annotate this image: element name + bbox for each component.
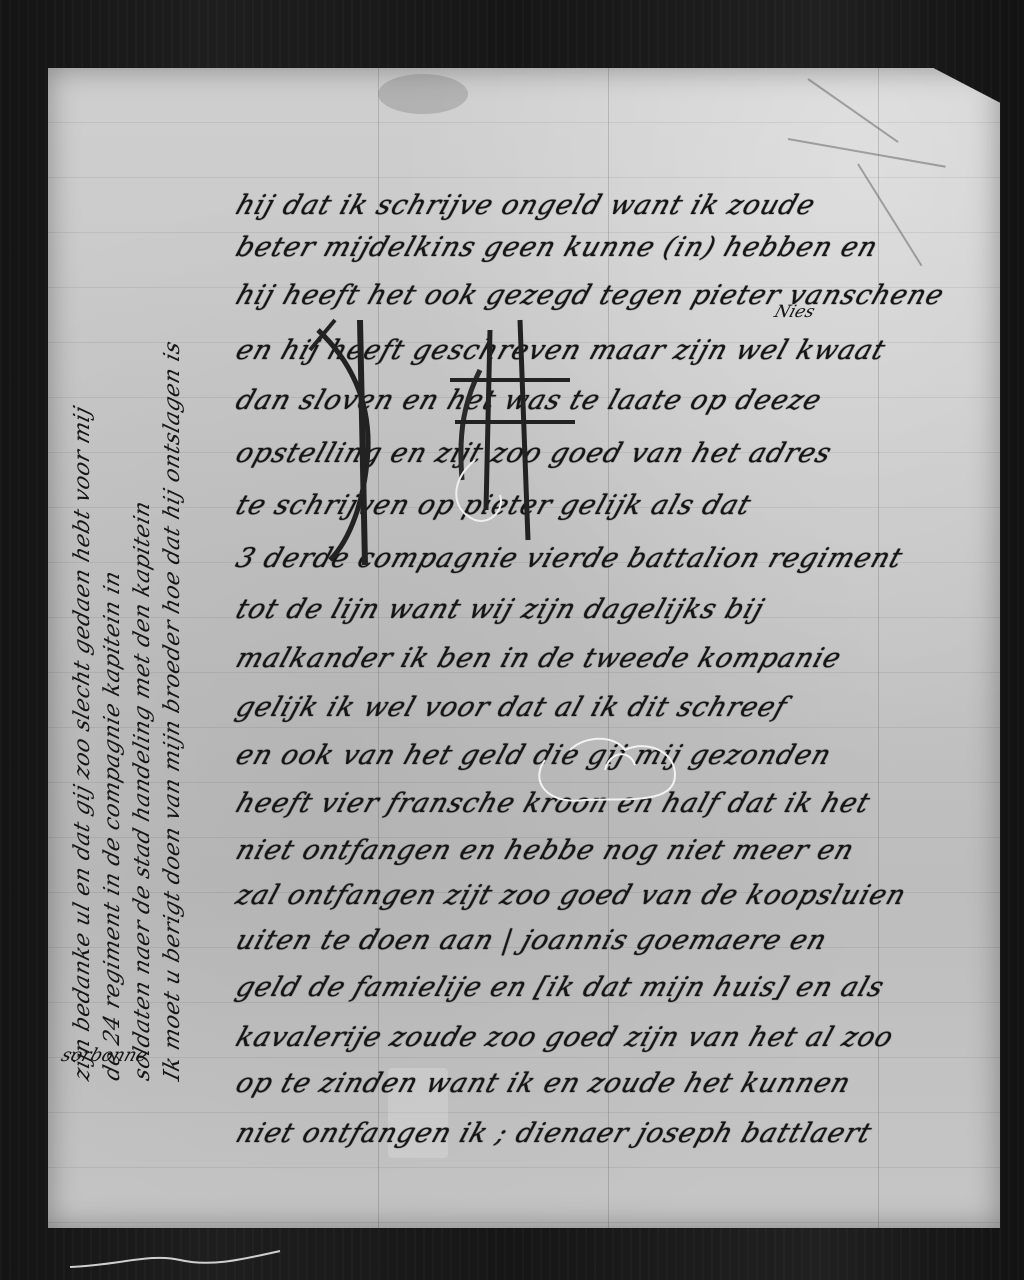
margin-line: soldaten naer de stad handeling met den …	[130, 498, 155, 1083]
margin-line: zijn bedanke ul en dat gij zoo slecht ge…	[70, 403, 95, 1083]
margin-signature: sorbonne	[59, 1045, 151, 1066]
interlinear-note: Nies	[772, 302, 818, 322]
text-line: hij dat ik schrijve ongeld want ik zoude	[232, 190, 820, 221]
margin-notes: Ik moet u berigt doen van mijn broeder h…	[60, 200, 220, 1080]
text-line: hij heeft het ook gezegd tegen pieter va…	[232, 280, 948, 311]
text-line: beter mijdelkins geen kunne (in) hebben …	[232, 232, 882, 263]
text-line: kavalerije zoude zoo goed zijn van het a…	[232, 1022, 898, 1053]
text-line: niet ontfangen en hebbe nog niet meer en	[232, 835, 859, 866]
text-line: tot de lijn want wij zijn dagelijks bij	[232, 594, 768, 625]
white-annotation-loop	[525, 730, 685, 810]
text-line: malkander ik ben in de tweede kompanie	[232, 643, 846, 674]
white-scan-mark	[60, 1245, 320, 1275]
paper-stain	[378, 74, 468, 114]
text-line: niet ontfangen ik ; dienaer joseph battl…	[232, 1118, 876, 1149]
text-line: gelijk ik wel voor dat al ik dit schreef	[232, 692, 791, 723]
text-line: geld de famielije en [ik dat mijn huis] …	[232, 972, 889, 1003]
text-line: op te zinden want ik en zoude het kunnen	[232, 1068, 855, 1099]
margin-line: de 24 regiment in de compagnie kapitein …	[100, 568, 125, 1083]
text-line: zal ontfangen zijt zoo goed van de koops…	[232, 880, 910, 911]
text-line: uiten te doen aan | joannis goemaere en	[232, 925, 831, 956]
margin-line: Ik moet u berigt doen van mijn broeder h…	[160, 338, 185, 1083]
ink-cross-mark	[290, 310, 610, 570]
